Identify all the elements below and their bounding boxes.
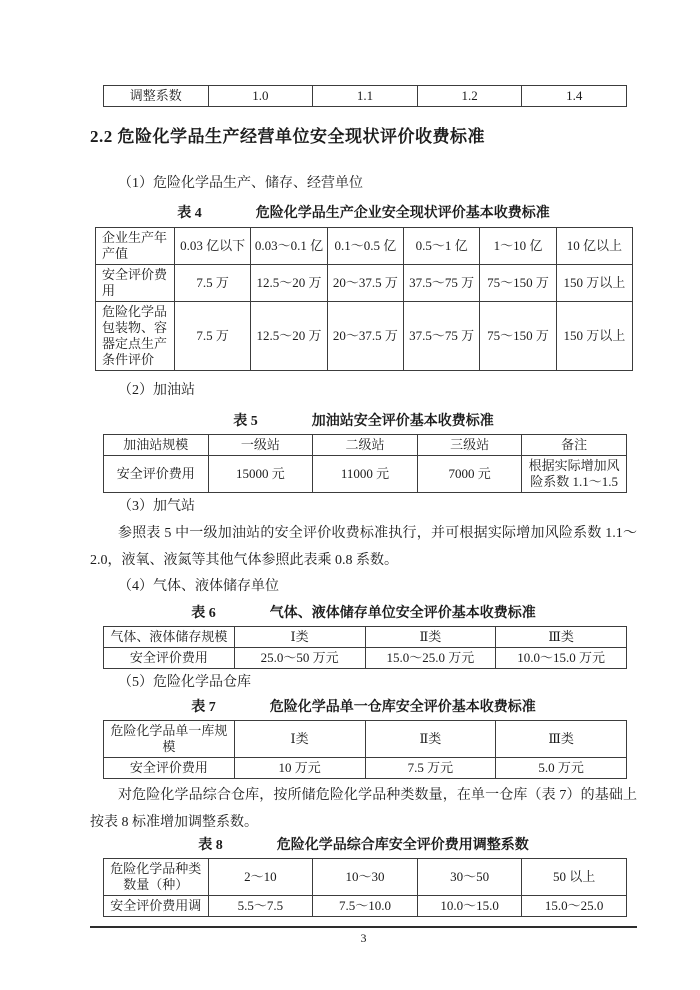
data-cell: 二级站 [313,435,418,456]
table-6-storage-unit-fees: 气体、液体储存规模Ⅰ类Ⅱ类Ⅲ类安全评价费用25.0～50 万元15.0～25.0… [103,626,627,669]
data-cell: 0.03～0.1 亿 [251,228,327,265]
data-cell: 1.0 [208,86,313,107]
data-cell: Ⅲ类 [496,627,627,648]
row-header-cell: 安全评价费用 [104,648,235,669]
table-row: 调整系数1.01.11.21.4 [104,86,627,107]
row-header-cell: 危险化学品种类数量（种） [104,859,209,896]
row-header-cell: 气体、液体储存规模 [104,627,235,648]
table-5-gas-station-fees: 加油站规模一级站二级站三级站备注安全评价费用15000 元11000 元7000… [103,434,627,493]
table7-title: 危险化学品单一仓库安全评价基本收费标准 [270,699,536,716]
row-header-cell: 调整系数 [104,86,209,107]
data-cell: 0.1～0.5 亿 [327,228,403,265]
list-item-1: （1）危险化学品生产、储存、经营单位 [90,175,637,193]
data-cell: 30～50 [417,859,522,896]
table-row: 危险化学品包装物、容器定点生产条件评价7.5 万12.5～20 万20～37.5… [96,302,633,371]
page-content: 调整系数1.01.11.21.4 2.2 危险化学品生产经营单位安全现状评价收费… [0,0,700,917]
data-cell: 10 亿以上 [556,228,632,265]
list-item-2: （2）加油站 [90,382,637,400]
table5-label: 表 5 [233,413,258,430]
data-cell: Ⅰ类 [234,721,365,758]
data-cell: 三级站 [417,435,522,456]
table-row: 气体、液体储存规模Ⅰ类Ⅱ类Ⅲ类 [104,627,627,648]
row-header-cell: 危险化学品单一库规模 [104,721,235,758]
data-cell: 37.5～75 万 [403,302,479,371]
row-header-cell: 安全评价费用 [96,265,175,302]
data-cell: 20～37.5 万 [327,302,403,371]
data-cell: 0.5～1 亿 [403,228,479,265]
data-cell: 7.5 万 [175,302,251,371]
footer-divider [90,926,637,928]
data-cell: 5.0 万元 [496,758,627,779]
list-item-4: （4）气体、液体储存单位 [90,578,637,596]
table5-caption: 表 5 加油站安全评价基本收费标准 [90,413,637,430]
table-row: 安全评价费用25.0～50 万元15.0～25.0 万元10.0～15.0 万元 [104,648,627,669]
adjustment-factor-table: 调整系数1.01.11.21.4 [103,85,627,107]
table5-title: 加油站安全评价基本收费标准 [312,413,494,430]
data-cell: 150 万以上 [556,265,632,302]
table8-title: 危险化学品综合库安全评价费用调整系数 [277,837,529,854]
row-header-cell: 安全评价费用 [104,758,235,779]
document-page: 调整系数1.01.11.21.4 2.2 危险化学品生产经营单位安全现状评价收费… [0,0,700,990]
table-7-single-warehouse-fees: 危险化学品单一库规模Ⅰ类Ⅱ类Ⅲ类安全评价费用10 万元7.5 万元5.0 万元 [103,720,627,779]
row-header-cell: 加油站规模 [104,435,209,456]
data-cell: 150 万以上 [556,302,632,371]
table-4-production-enterprise-fees: 企业生产年产值0.03 亿以下0.03～0.1 亿0.1～0.5 亿0.5～1 … [95,227,633,371]
data-cell: 15.0～25.0 万元 [365,648,496,669]
list-item-3: （3）加气站 [90,498,637,516]
page-number: 3 [90,931,637,945]
row-header-cell: 安全评价费用调 [104,896,209,917]
data-cell: 0.03 亿以下 [175,228,251,265]
table8-caption: 表 8 危险化学品综合库安全评价费用调整系数 [90,837,637,854]
data-cell: 根据实际增加风险系数 1.1～1.5 [522,456,627,493]
data-cell: 1.4 [522,86,627,107]
table-row: 安全评价费用10 万元7.5 万元5.0 万元 [104,758,627,779]
data-cell: 备注 [522,435,627,456]
data-cell: 20～37.5 万 [327,265,403,302]
data-cell: 11000 元 [313,456,418,493]
data-cell: 1.2 [417,86,522,107]
data-cell: 5.5～7.5 [208,896,313,917]
table-row: 企业生产年产值0.03 亿以下0.03～0.1 亿0.1～0.5 亿0.5～1 … [96,228,633,265]
data-cell: 37.5～75 万 [403,265,479,302]
data-cell: 10 万元 [234,758,365,779]
paragraph-comprehensive-warehouse: 对危险化学品综合仓库，按所储危险化学品种类数量，在单一仓库（表 7）的基础上按表… [90,782,637,836]
table4-title: 危险化学品生产企业安全现状评价基本收费标准 [256,205,550,222]
table8-label: 表 8 [198,837,223,854]
data-cell: 12.5～20 万 [251,265,327,302]
section-heading: 2.2 危险化学品生产经营单位安全现状评价收费标准 [90,124,637,150]
row-header-cell: 企业生产年产值 [96,228,175,265]
table7-caption: 表 7 危险化学品单一仓库安全评价基本收费标准 [90,699,637,716]
table4-label: 表 4 [177,205,202,222]
data-cell: 1～10 亿 [480,228,556,265]
data-cell: 10～30 [313,859,418,896]
data-cell: 50 以上 [522,859,627,896]
data-cell: 7.5～10.0 [313,896,418,917]
data-cell: Ⅱ类 [365,721,496,758]
table-8-adjustment-coefficients: 危险化学品种类数量（种）2～1010～3030～5050 以上安全评价费用调5.… [103,858,627,917]
data-cell: 15.0～25.0 [522,896,627,917]
row-header-cell: 危险化学品包装物、容器定点生产条件评价 [96,302,175,371]
data-cell: 一级站 [208,435,313,456]
table-row: 加油站规模一级站二级站三级站备注 [104,435,627,456]
table4-caption: 表 4 危险化学品生产企业安全现状评价基本收费标准 [90,205,637,222]
data-cell: 2～10 [208,859,313,896]
table-row: 安全评价费用7.5 万12.5～20 万20～37.5 万37.5～75 万75… [96,265,633,302]
table-row: 危险化学品种类数量（种）2～1010～3030～5050 以上 [104,859,627,896]
data-cell: 25.0～50 万元 [234,648,365,669]
list-item-5: （5）危险化学品仓库 [90,674,637,692]
data-cell: 7.5 万 [175,265,251,302]
data-cell: Ⅲ类 [496,721,627,758]
paragraph-gas-filling-station: 参照表 5 中一级加油站的安全评价收费标准执行，并可根据实际增加风险系数 1.1… [90,520,637,574]
data-cell: 75～150 万 [480,265,556,302]
table6-caption: 表 6 气体、液体储存单位安全评价基本收费标准 [90,605,637,622]
table-row: 危险化学品单一库规模Ⅰ类Ⅱ类Ⅲ类 [104,721,627,758]
data-cell: 15000 元 [208,456,313,493]
data-cell: 7.5 万元 [365,758,496,779]
table-row: 安全评价费用调5.5～7.57.5～10.010.0～15.015.0～25.0 [104,896,627,917]
data-cell: 75～150 万 [480,302,556,371]
data-cell: 1.1 [313,86,418,107]
data-cell: 10.0～15.0 [417,896,522,917]
row-header-cell: 安全评价费用 [104,456,209,493]
data-cell: Ⅰ类 [234,627,365,648]
table7-label: 表 7 [191,699,216,716]
table-row: 安全评价费用15000 元11000 元7000 元根据实际增加风险系数 1.1… [104,456,627,493]
table6-label: 表 6 [191,605,216,622]
table6-title: 气体、液体储存单位安全评价基本收费标准 [270,605,536,622]
data-cell: 7000 元 [417,456,522,493]
data-cell: Ⅱ类 [365,627,496,648]
data-cell: 10.0～15.0 万元 [496,648,627,669]
data-cell: 12.5～20 万 [251,302,327,371]
